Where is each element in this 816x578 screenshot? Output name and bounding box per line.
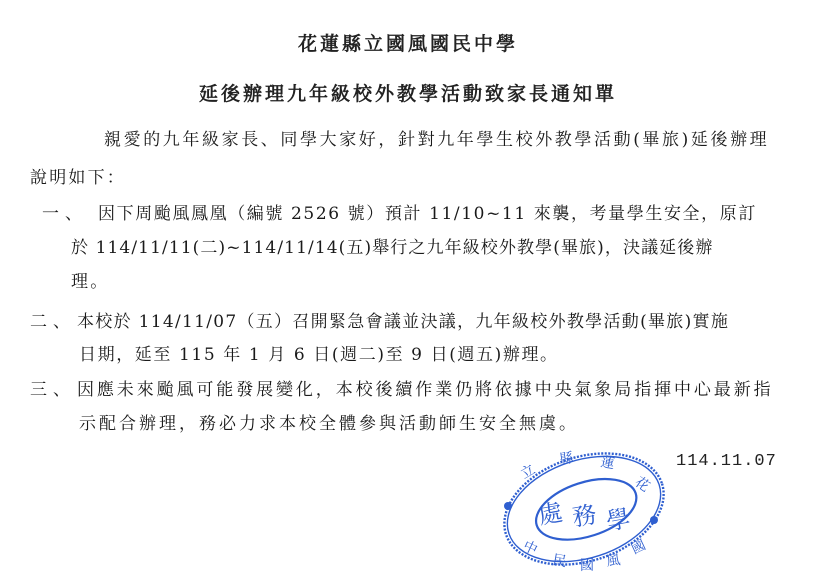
notice-title: 延後辦理九年級校外教學活動致家長通知單: [0, 79, 816, 106]
stamp-flower-right-icon: [650, 516, 658, 524]
school-name: 花蓮縣立國風國民中學: [0, 29, 816, 56]
item-1-line-1: 因下周颱風鳳凰（編號 2526 號）預計 11/10~11 來襲，考量學生安全，…: [98, 203, 757, 225]
item-2-line-1: 本校於 114/11/07（五）召開緊急會議並決議，九年級校外教學活動(畢旅)實…: [77, 311, 729, 333]
stamp-char-feng: 風: [605, 552, 621, 570]
stamp-char-lian: 蓮: [599, 453, 616, 472]
item-3-marker: 三、: [30, 379, 76, 401]
item-3-line-1: 因應未來颱風可能發展變化，本校後續作業仍將依據中央氣象局指揮中心最新指: [77, 379, 774, 401]
stamp-char-zhong: 中: [520, 537, 540, 558]
item-1-line-3: 理。: [71, 271, 109, 293]
intro-line-1: 親愛的九年級家長、同學大家好，針對九年學生校外教學活動(畢旅)延後辦理: [104, 129, 769, 151]
stamp-char-wu: 務: [570, 500, 598, 532]
stamp-char-chu: 處: [536, 498, 564, 530]
stamp-char-guo1: 國: [580, 558, 594, 574]
item-2-marker: 二、: [30, 311, 76, 333]
intro-line-2: 說明如下：: [30, 167, 126, 189]
stamp-char-xue: 學: [604, 504, 632, 536]
school-seal-stamp-icon: 立 縣 蓮 花 中 民 國 風 國 處 務 學: [494, 442, 674, 576]
item-2-line-2: 日期，延至 115 年 1 月 6 日(週二)至 9 日(週五)辦理。: [79, 344, 559, 366]
stamp-char-xian: 縣: [558, 450, 575, 468]
item-3-line-2: 示配合辦理，務必力求本校全體參與活動師生安全無虞。: [79, 413, 579, 435]
stamp-char-min: 民: [551, 552, 568, 570]
stamp-flower-left-icon: [504, 502, 512, 510]
item-1-marker: 一、: [42, 203, 88, 225]
item-1-line-2: 於 114/11/11(二)~114/11/14(五)舉行之九年級校外教學(畢旅…: [71, 237, 713, 259]
issue-date: 114.11.07: [676, 452, 777, 471]
